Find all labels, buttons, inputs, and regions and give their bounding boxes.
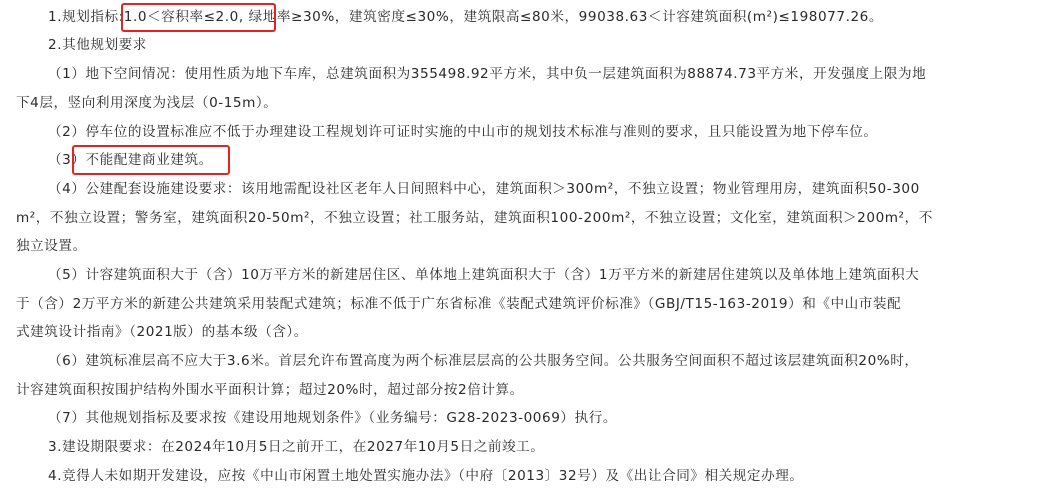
public-facilities-line-2: m²，不独立设置；警务室，建筑面积20-50m²，不独立设置；社工服务站，建筑面… bbox=[16, 205, 933, 231]
prefab-building-line-3: 式建筑设计指南》（2021版）的基本级（含）。 bbox=[16, 319, 308, 345]
underground-space-line-2: 下4层，竖向利用深度为浅层（0-15m）。 bbox=[16, 90, 277, 116]
idle-land-line: 4.竞得人未如期开发建设，应按《中山市闲置土地处置实施办法》（中府〔2013〕3… bbox=[48, 463, 804, 489]
other-indicators-line: （7）其他规划指标及要求按《建设用地规划条件》（业务编号：G28-2023-00… bbox=[48, 405, 617, 431]
underground-space-line-1: （1）地下空间情况：使用性质为地下车库，总建筑面积为355498.92平方米，其… bbox=[48, 61, 926, 87]
planning-indicators-line: 1.规划指标:1.0＜容积率≤2.0, 绿地率≥30%，建筑密度≤30%，建筑限… bbox=[48, 4, 883, 30]
no-commercial-line: （3）不能配建商业建筑。 bbox=[48, 147, 213, 173]
construction-period-line: 3.建设期限要求：在2024年10月5日之前开工，在2027年10月5日之前竣工… bbox=[48, 434, 544, 460]
floor-height-line-2: 计容建筑面积按围护结构外围水平面积计算；超过20%时，超过部分按2倍计算。 bbox=[16, 377, 524, 403]
prefab-building-line-1: （5）计容建筑面积大于（含）10万平方米的新建居住区、单体地上建筑面积大于（含）… bbox=[48, 262, 919, 288]
public-facilities-line-3: 独立设置。 bbox=[16, 233, 87, 259]
other-requirements-heading: 2.其他规划要求 bbox=[48, 32, 147, 58]
floor-height-line-1: （6）建筑标准层高不应大于3.6米。首层允许布置高度为两个标准层层高的公共服务空… bbox=[48, 348, 919, 374]
parking-requirement-line: （2）停车位的设置标准应不低于办理建设工程规划许可证时实施的中山市的规划技术标准… bbox=[48, 119, 878, 145]
prefab-building-line-2: 于（含）2万平方米的新建公共建筑采用装配式建筑；标准不低于广东省标准《装配式建筑… bbox=[16, 291, 901, 317]
public-facilities-line-1: （4）公建配套设施建设要求：该用地需配设社区老年人日间照料中心，建筑面积＞300… bbox=[48, 176, 920, 202]
